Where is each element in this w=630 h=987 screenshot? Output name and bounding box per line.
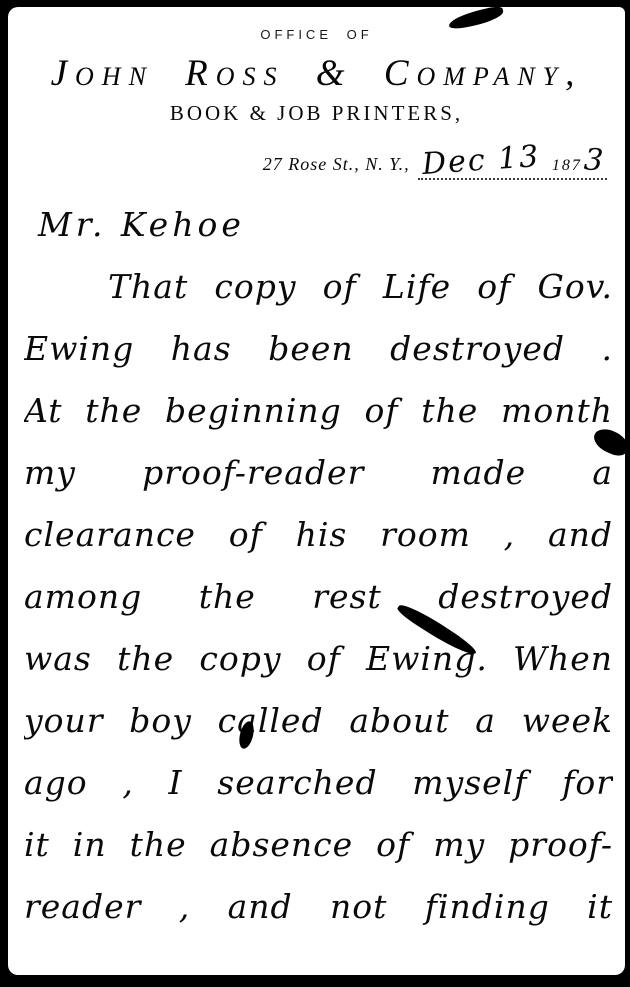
business-line: BOOK & JOB PRINTERS,	[8, 100, 625, 126]
letter-line: That copy of Life of Gov.	[24, 256, 613, 318]
letterhead: OFFICE OF John Ross & Company, BOOK & JO…	[8, 27, 625, 180]
letter-line: clearance of his room , and	[24, 504, 613, 566]
printed-address: 27 Rose St., N. Y.,	[263, 154, 410, 175]
date-fill-in: Dec 13 187 3	[418, 143, 607, 180]
letter-line: among the rest destroyed	[24, 566, 613, 628]
letter-line: Ewing has been destroyed .	[24, 318, 613, 380]
letter-line: ago , I searched myself for	[24, 752, 613, 814]
letter-line: was the copy of Ewing. When	[24, 628, 613, 690]
date-line: 27 Rose St., N. Y., Dec 13 187 3	[8, 143, 625, 180]
office-of-label: OFFICE OF	[8, 27, 625, 42]
letter-line: it in the absence of my proof-	[24, 814, 613, 876]
handwritten-date: Dec 13	[421, 139, 541, 182]
company-name: John Ross & Company,	[8, 53, 625, 95]
letter-line: your boy called about a week	[24, 690, 613, 752]
letter-page: OFFICE OF John Ross & Company, BOOK & JO…	[8, 7, 625, 975]
letter-line: my proof-reader made a	[24, 442, 613, 504]
handwritten-year-digit: 3	[583, 142, 604, 178]
printed-year-prefix: 187	[552, 157, 582, 175]
scanned-letter: { "letterhead": { "office_of": "OFFICE O…	[0, 0, 630, 987]
letter-line: At the beginning of the month	[24, 380, 613, 442]
salutation: Mr. Kehoe	[24, 194, 613, 256]
handwritten-body: Mr. Kehoe That copy of Life of Gov. Ewin…	[8, 194, 625, 938]
letter-line: reader , and not finding it	[24, 876, 613, 938]
